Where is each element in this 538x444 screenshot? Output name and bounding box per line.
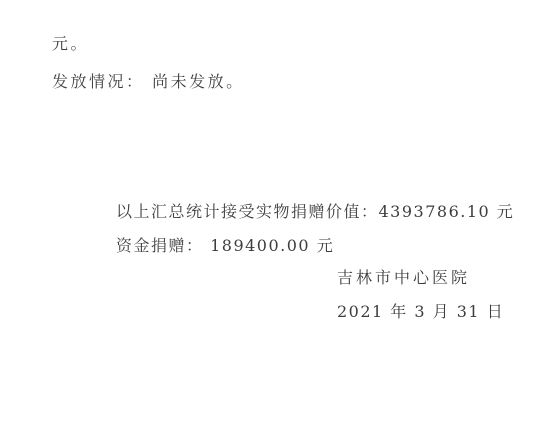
line-cash-donation-total: 资金捐赠： 189400.00 元 bbox=[116, 238, 334, 254]
line-inkind-donation-total: 以上汇总统计接受实物捐赠价值：4393786.10 元 bbox=[116, 204, 514, 220]
line-signature-org: 吉林市中心医院 bbox=[337, 270, 470, 286]
line-signature-date: 2021 年 3 月 31 日 bbox=[337, 304, 504, 320]
line-currency-unit: 元。 bbox=[52, 36, 89, 52]
line-distribution-status: 发放情况： 尚未发放。 bbox=[52, 74, 245, 90]
document-page: 元。 发放情况： 尚未发放。 以上汇总统计接受实物捐赠价值：4393786.10… bbox=[0, 0, 538, 444]
